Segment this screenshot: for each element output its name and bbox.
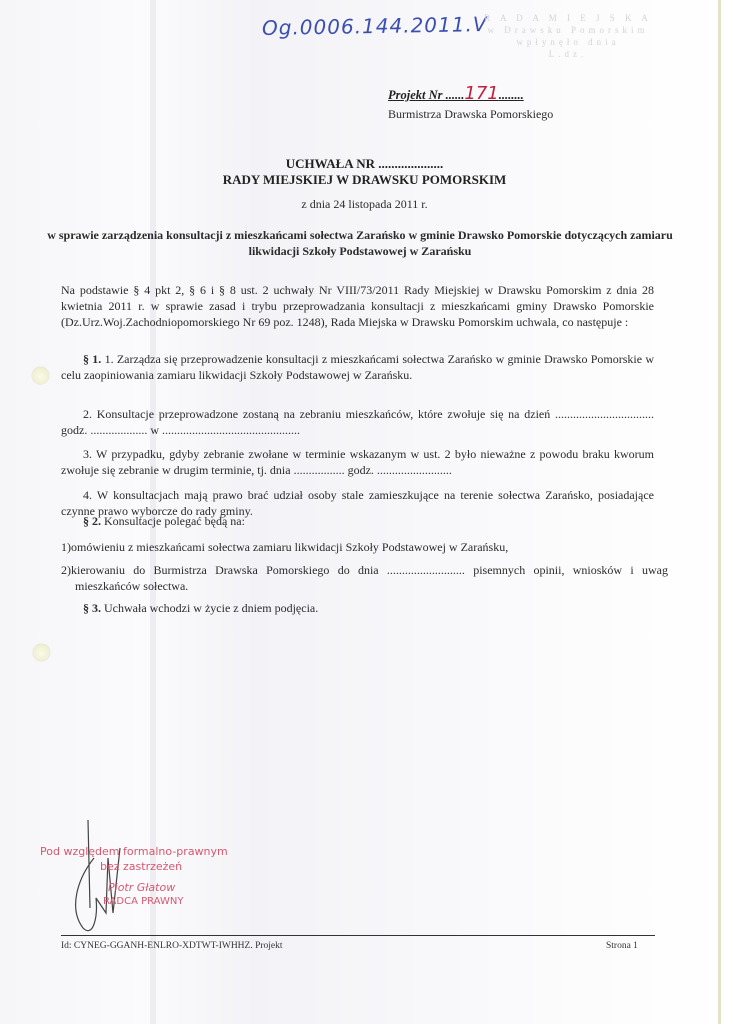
footer-document-id: Id: CYNEG-GGANH-ENLRO-XDTWT-IWHHZ. Proje… [61, 941, 283, 951]
footer-page-number: Strona 1 [606, 941, 638, 951]
section-2-heading: § 2. Konsultacje polegać będą na: [61, 513, 654, 529]
handwritten-reference-number: Og.0006.144.2011.V [262, 12, 488, 40]
legal-basis-paragraph: Na podstawie § 4 pkt 2, § 6 i § 8 ust. 2… [61, 282, 654, 330]
section-marker: § 2. [83, 514, 101, 528]
ghost-stamp-line: L.dz. [468, 48, 668, 60]
section-1-paragraph-1: § 1. 1. Zarządza się przeprowadzenie kon… [61, 351, 654, 383]
punch-hole [33, 644, 50, 661]
section-text: Uchwała wchodzi w życie z dniem podjęcia… [104, 601, 318, 615]
stamp-line: bez zastrzeżeń [100, 860, 182, 874]
resolution-subject: w sprawie zarządzenia konsultacji z mies… [40, 227, 680, 259]
project-trailing-dots: ........ [499, 88, 524, 102]
footer-divider [61, 935, 655, 936]
section-1-paragraph-3: 3. W przypadku, gdyby zebranie zwołane w… [61, 446, 654, 478]
project-number-handwritten: 171 [464, 83, 498, 104]
resolution-title: UCHWAŁA NR .................... [0, 156, 729, 172]
stamp-signatory-title: RADCA PRAWNY [103, 895, 183, 909]
scanned-page: Og.0006.144.2011.V R A D A M I E J S K A… [0, 0, 729, 1024]
page-edge [718, 0, 721, 1024]
ghost-stamp-line: wpłynęło dnia [468, 36, 668, 48]
ghost-stamp-line: w Drawsku Pomorskim [468, 24, 668, 36]
bleed-through-stamp: R A D A M I E J S K A w Drawsku Pomorski… [468, 12, 668, 60]
section-text: 1. Zarządza się przeprowadzenie konsulta… [61, 352, 654, 382]
section-1-paragraph-2: 2. Konsultacje przeprowadzone zostaną na… [61, 406, 654, 438]
section-marker: § 3. [83, 601, 101, 615]
project-label: Projekt Nr ...... [388, 88, 464, 102]
stamp-line: Pod względem formalno-prawnym [40, 845, 228, 859]
ghost-stamp-line: R A D A M I E J S K A [468, 12, 668, 24]
section-2-item-1: 1)omówieniu z mieszkańcami sołectwa zami… [61, 539, 668, 555]
council-name: RADY MIEJSKIEJ W DRAWSKU POMORSKIM [0, 172, 729, 188]
project-number-line: Projekt Nr ......171........ [388, 83, 524, 104]
punch-hole [32, 367, 49, 384]
document-author: Burmistrza Drawska Pomorskiego [388, 107, 553, 122]
section-3: § 3. Uchwała wchodzi w życie z dniem pod… [61, 600, 654, 616]
resolution-date: z dnia 24 listopada 2011 r. [0, 197, 729, 212]
stamp-signatory-name: Piotr Głatow [108, 881, 175, 895]
section-marker: § 1. [83, 352, 101, 366]
section-text: Konsultacje polegać będą na: [104, 514, 245, 528]
section-2-item-2: 2)kierowaniu do Burmistrza Drawska Pomor… [61, 562, 668, 594]
